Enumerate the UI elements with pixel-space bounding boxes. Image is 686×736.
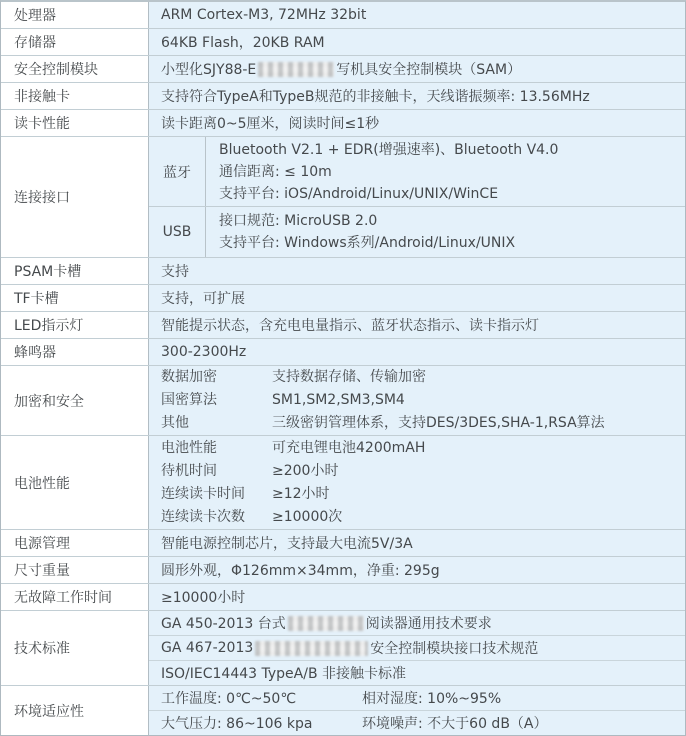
spec-row-battery: 电池性能 电池性能 可充电锂电池4200mAH 待机时间 ≥200小时 连续读卡… [1, 436, 685, 530]
spec-row-security-module: 安全控制模块 小型化SJY88-E 写机具安全控制模块（SAM） [1, 56, 685, 83]
row-label: 处理器 [1, 2, 149, 28]
spec-subkey: 连续读卡时间 [161, 483, 272, 506]
spec-row-tf-slot: TF卡槽 支持，可扩展 [1, 285, 685, 312]
standard-item: GA 450-2013 台式 阅读器通用技术要求 [149, 611, 685, 636]
spec-line: Bluetooth V2.1 + EDR(增强速率)、Bluetooth V4.… [219, 139, 685, 161]
spec-line: 连续读卡时间 ≥12小时 [161, 483, 685, 506]
row-value: 智能提示状态，含充电电量指示、蓝牙状态指示、读卡指示灯 [149, 312, 685, 338]
spec-line: 电池性能 可充电锂电池4200mAH [161, 437, 685, 460]
spec-subvalue: SM1,SM2,SM3,SM4 [272, 389, 405, 412]
row-label: 尺寸重量 [1, 557, 149, 583]
row-value: 300-2300Hz [149, 339, 685, 365]
redacted-patch [288, 616, 364, 631]
row-label: 技术标准 [1, 611, 149, 685]
row-label: 读卡性能 [1, 110, 149, 136]
row-value: 圆形外观，Φ126mm×34mm，净重: 295g [149, 557, 685, 583]
value-text-suffix: 阅读器通用技术要求 [366, 613, 492, 633]
spec-line: 其他 三级密钥管理体系，支持DES/3DES,SHA-1,RSA算法 [161, 412, 685, 435]
row-value: ≥10000小时 [149, 584, 685, 610]
subrow-label: 蓝牙 [149, 137, 206, 206]
row-label: 电源管理 [1, 530, 149, 556]
subrow-content: 接口规范: MicroUSB 2.0 支持平台: Windows系列/Andro… [206, 207, 685, 257]
row-label: 无故障工作时间 [1, 584, 149, 610]
spec-row-environment: 环境适应性 工作温度: 0℃~50℃ 相对湿度: 10%~95% 大气压力: 8… [1, 686, 685, 735]
env-right-value: 环境噪声: 不大于60 dB（A） [362, 713, 548, 733]
spec-subvalue: 支持数据存储、传输加密 [272, 366, 426, 389]
spec-row-processor: 处理器 ARM Cortex-M3, 72MHz 32bit [1, 2, 685, 29]
spec-subvalue: ≥12小时 [272, 483, 330, 506]
spec-subvalue: ≥10000次 [272, 506, 342, 529]
spec-line: 待机时间 ≥200小时 [161, 460, 685, 483]
env-right-value: 相对湿度: 10%~95% [362, 688, 501, 708]
row-value: 工作温度: 0℃~50℃ 相对湿度: 10%~95% 大气压力: 86~106 … [149, 686, 685, 735]
row-value: 支持，可扩展 [149, 285, 685, 311]
spec-subkey: 电池性能 [161, 437, 272, 460]
spec-row-buzzer: 蜂鸣器 300-2300Hz [1, 339, 685, 366]
value-text-suffix: 写机具安全控制模块（SAM） [336, 59, 521, 79]
subrow-bluetooth: 蓝牙 Bluetooth V2.1 + EDR(增强速率)、Bluetooth … [149, 137, 685, 207]
row-value: 支持符合TypeA和TypeB规范的非接触卡，天线谐振频率: 13.56MHz [149, 83, 685, 109]
value-text-prefix: GA 467-2013 [161, 640, 253, 656]
spec-table: 处理器 ARM Cortex-M3, 72MHz 32bit 存储器 64KB … [0, 0, 686, 736]
spec-row-standards: 技术标准 GA 450-2013 台式 阅读器通用技术要求 GA 467-201… [1, 611, 685, 686]
redacted-patch [255, 641, 368, 656]
row-label: LED指示灯 [1, 312, 149, 338]
spec-subvalue: ≥200小时 [272, 460, 338, 483]
redacted-patch [258, 62, 334, 77]
row-label: 电池性能 [1, 436, 149, 529]
value-text: ISO/IEC14443 TypeA/B 非接触卡标准 [161, 663, 406, 683]
row-value: 小型化SJY88-E 写机具安全控制模块（SAM） [149, 56, 685, 82]
spec-row-mtbf: 无故障工作时间 ≥10000小时 [1, 584, 685, 611]
row-value: ARM Cortex-M3, 72MHz 32bit [149, 2, 685, 28]
spec-row-interfaces: 连接接口 蓝牙 Bluetooth V2.1 + EDR(增强速率)、Bluet… [1, 137, 685, 258]
row-label: 连接接口 [1, 137, 149, 257]
row-label: PSAM卡槽 [1, 258, 149, 284]
spec-row-psam-slot: PSAM卡槽 支持 [1, 258, 685, 285]
spec-line: 数据加密 支持数据存储、传输加密 [161, 366, 685, 389]
row-label: 加密和安全 [1, 366, 149, 435]
row-value: 64KB Flash，20KB RAM [149, 29, 685, 55]
spec-line: 国密算法 SM1,SM2,SM3,SM4 [161, 389, 685, 412]
row-label: 环境适应性 [1, 686, 149, 735]
standard-item: GA 467-2013 安全控制模块接口技术规范 [149, 636, 685, 661]
spec-row-encryption-security: 加密和安全 数据加密 支持数据存储、传输加密 国密算法 SM1,SM2,SM3,… [1, 366, 685, 436]
spec-line: 通信距离: ≤ 10m [219, 161, 685, 183]
row-value: 智能电源控制芯片，支持最大电流5V/3A [149, 530, 685, 556]
row-value: GA 450-2013 台式 阅读器通用技术要求 GA 467-2013 安全控… [149, 611, 685, 685]
spec-subvalue: 三级密钥管理体系，支持DES/3DES,SHA-1,RSA算法 [272, 412, 605, 435]
spec-subkey: 其他 [161, 412, 272, 435]
environment-item: 工作温度: 0℃~50℃ 相对湿度: 10%~95% [149, 686, 685, 711]
row-label: 蜂鸣器 [1, 339, 149, 365]
row-label: 非接触卡 [1, 83, 149, 109]
value-text-suffix: 安全控制模块接口技术规范 [370, 638, 538, 658]
spec-row-contactless-card: 非接触卡 支持符合TypeA和TypeB规范的非接触卡，天线谐振频率: 13.5… [1, 83, 685, 110]
row-value: 支持 [149, 258, 685, 284]
row-label: 安全控制模块 [1, 56, 149, 82]
row-value: 读卡距离0~5厘米，阅读时间≤1秒 [149, 110, 685, 136]
subrow-usb: USB 接口规范: MicroUSB 2.0 支持平台: Windows系列/A… [149, 207, 685, 257]
spec-row-read-performance: 读卡性能 读卡距离0~5厘米，阅读时间≤1秒 [1, 110, 685, 137]
spec-line: 接口规范: MicroUSB 2.0 [219, 210, 685, 232]
spec-row-power-management: 电源管理 智能电源控制芯片，支持最大电流5V/3A [1, 530, 685, 557]
value-text-prefix: GA 450-2013 台式 [161, 613, 286, 633]
env-left-value: 工作温度: 0℃~50℃ [161, 688, 362, 708]
row-value: 数据加密 支持数据存储、传输加密 国密算法 SM1,SM2,SM3,SM4 其他… [149, 366, 685, 435]
row-label: 存储器 [1, 29, 149, 55]
row-label: TF卡槽 [1, 285, 149, 311]
subrow-label: USB [149, 207, 206, 257]
env-left-value: 大气压力: 86~106 kpa [161, 713, 362, 733]
spec-row-dimensions-weight: 尺寸重量 圆形外观，Φ126mm×34mm，净重: 295g [1, 557, 685, 584]
standard-item: ISO/IEC14443 TypeA/B 非接触卡标准 [149, 661, 685, 685]
environment-item: 大气压力: 86~106 kpa 环境噪声: 不大于60 dB（A） [149, 711, 685, 735]
spec-line: 支持平台: iOS/Android/Linux/UNIX/WinCE [219, 183, 685, 205]
spec-row-memory: 存储器 64KB Flash，20KB RAM [1, 29, 685, 56]
row-value: 蓝牙 Bluetooth V2.1 + EDR(增强速率)、Bluetooth … [149, 137, 685, 257]
spec-line: 支持平台: Windows系列/Android/Linux/UNIX [219, 232, 685, 254]
spec-row-led-indicator: LED指示灯 智能提示状态，含充电电量指示、蓝牙状态指示、读卡指示灯 [1, 312, 685, 339]
spec-subkey: 数据加密 [161, 366, 272, 389]
spec-subkey: 待机时间 [161, 460, 272, 483]
value-text-prefix: 小型化SJY88-E [161, 59, 256, 79]
spec-line: 连续读卡次数 ≥10000次 [161, 506, 685, 529]
spec-subvalue: 可充电锂电池4200mAH [272, 437, 425, 460]
spec-subkey: 连续读卡次数 [161, 506, 272, 529]
spec-subkey: 国密算法 [161, 389, 272, 412]
subrow-content: Bluetooth V2.1 + EDR(增强速率)、Bluetooth V4.… [206, 137, 685, 206]
row-value: 电池性能 可充电锂电池4200mAH 待机时间 ≥200小时 连续读卡时间 ≥1… [149, 436, 685, 529]
